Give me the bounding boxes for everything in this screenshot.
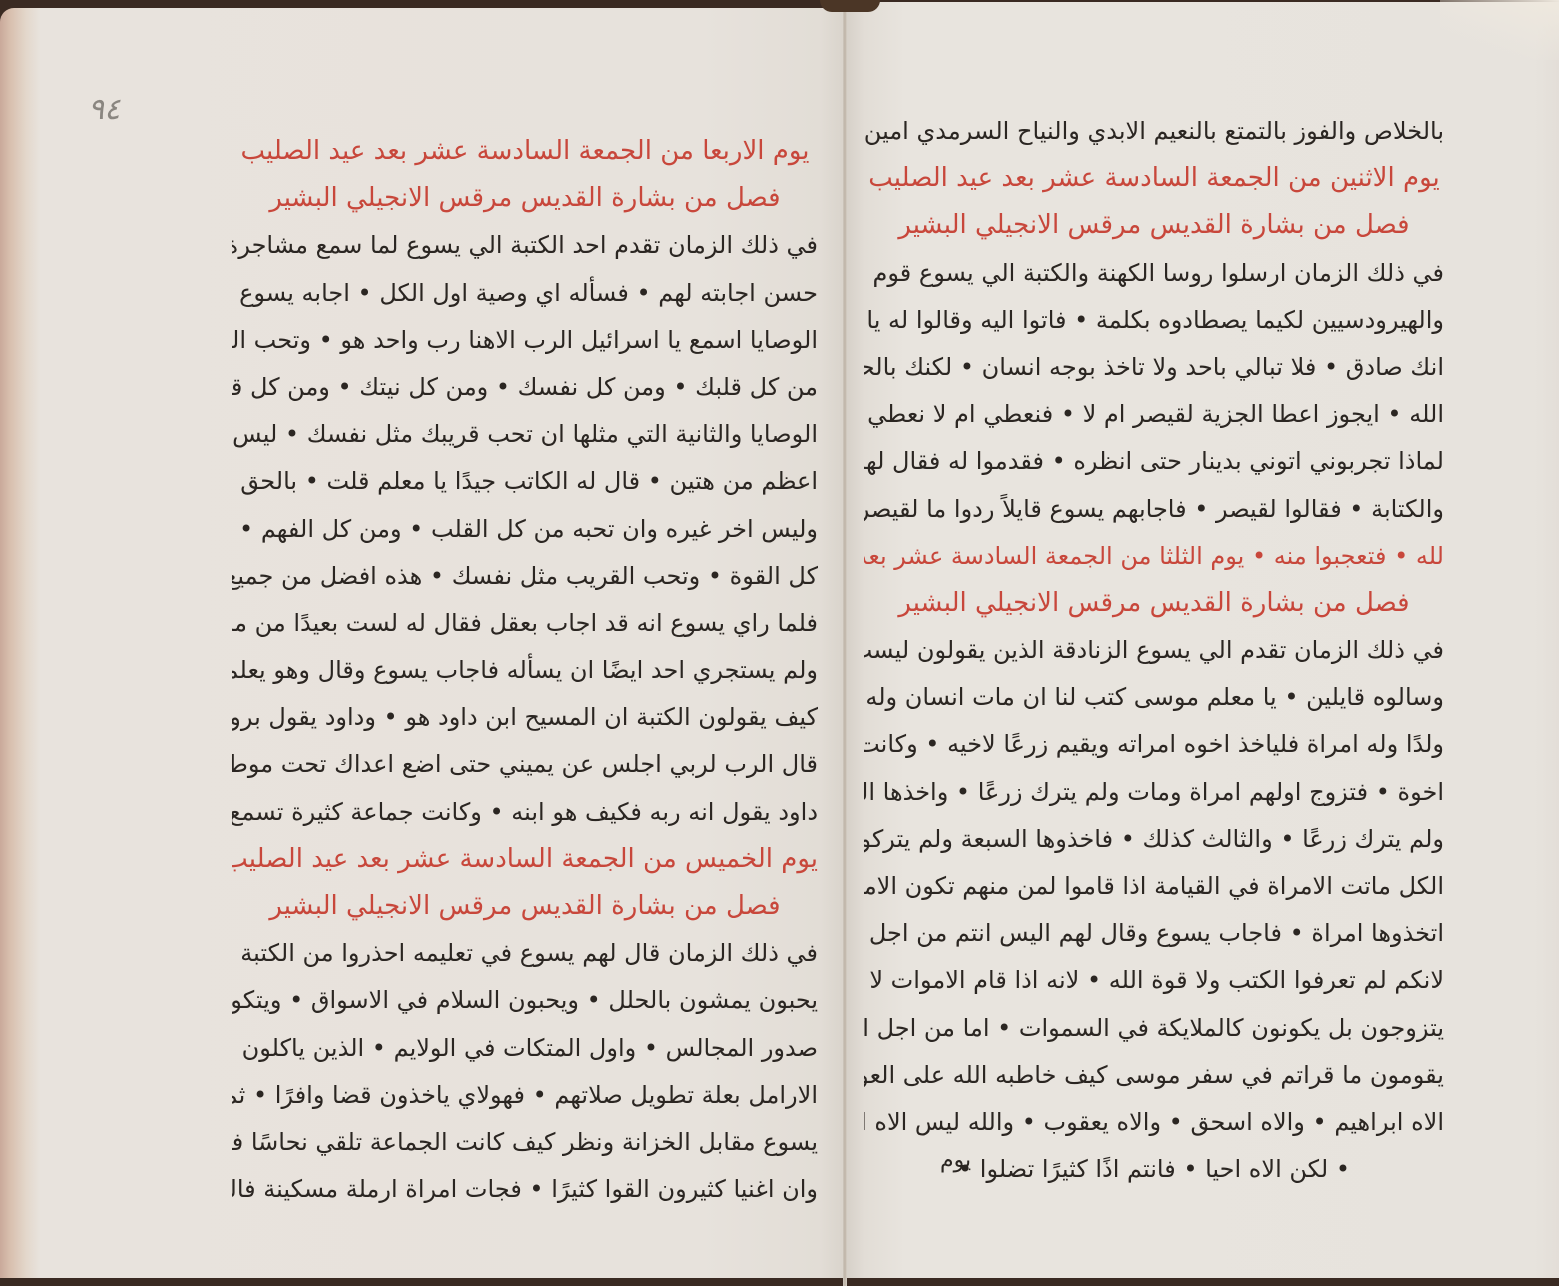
text-line: اتخذوها امراة • فاجاب يسوع وقال لهم اليس…: [864, 910, 1444, 957]
manuscript-spread: ٩٤ يوم الاربعا من الجمعة السادسة عشر بعد…: [0, 0, 1559, 1286]
text-line: في ذلك الزمان ارسلوا روسا الكهنة والكتبة…: [864, 250, 1444, 297]
rubric-heading: فصل من بشارة القديس مرقس الانجيلي البشير: [864, 202, 1444, 249]
text-line: في ذلك الزمان تقدم احد الكتبة الي يسوع ل…: [232, 222, 818, 269]
page-fold-shadow: [1440, 0, 1559, 60]
text-line: الاه ابراهيم • والاه اسحق • والاه يعقوب …: [864, 1099, 1444, 1146]
text-line: قال الرب لربي اجلس عن يميني حتى اضع اعدا…: [232, 741, 818, 788]
gutter: [843, 0, 847, 1286]
text-line: لماذا تجربوني اتوني بدينار حتى انظره • ف…: [864, 438, 1444, 485]
text-line: اخوة • فتزوج اولهم امراة ومات ولم يترك ز…: [864, 769, 1444, 816]
text-line: فلما راي يسوع انه قد اجاب بعقل فقال له ل…: [232, 600, 818, 647]
text-line: حسن اجابته لهم • فسأله اي وصية اول الكل …: [232, 270, 818, 317]
text-line: في ذلك الزمان قال لهم يسوع في تعليمه احذ…: [232, 930, 818, 977]
text-line: ولدًا وله امراة فلياخذ اخوه امراته ويقيم…: [864, 721, 1444, 768]
text-line: وليس اخر غيره وان تحبه من كل القلب • ومن…: [232, 506, 818, 553]
text-line: يتزوجون بل يكونون كالملايكة في السموات •…: [864, 1005, 1444, 1052]
text-line: كل القوة • وتحب القريب مثل نفسك • هذه اف…: [232, 553, 818, 600]
text-line: والهيرودسيين لكيما يصطادوه بكلمة • فاتوا…: [864, 297, 1444, 344]
catchword: يوم: [940, 1148, 971, 1173]
rubric-heading: يوم الاربعا من الجمعة السادسة عشر بعد عي…: [232, 128, 818, 175]
spine: [820, 0, 880, 12]
text-line: الله • ايجوز اعطا الجزية لقيصر ام لا • ف…: [864, 391, 1444, 438]
text-line: الارامل بعلة تطويل صلاتهم • فهولاي ياخذو…: [232, 1072, 818, 1119]
text-line: الوصايا والثانية التي مثلها ان تحب قريبك…: [232, 411, 818, 458]
text-line: في ذلك الزمان تقدم الي يسوع الزنادقة الذ…: [864, 627, 1444, 674]
text-line: بالخلاص والفوز بالتمتع بالنعيم الابدي وا…: [864, 108, 1444, 155]
text-line: داود يقول انه ربه فكيف هو ابنه • وكانت ج…: [232, 789, 818, 836]
text-line: انك صادق • فلا تبالي باحد ولا تاخذ بوجه …: [864, 344, 1444, 391]
rubric-heading: يوم الاثنين من الجمعة السادسة عشر بعد عي…: [864, 155, 1444, 202]
text-line: والكتابة • فقالوا لقيصر • فاجابهم يسوع ق…: [864, 486, 1444, 533]
text-line: ولم يترك زرعًا • والثالث كذلك • فاخذوها …: [864, 816, 1444, 863]
text-line: يقومون ما قراتم في سفر موسى كيف خاطبه ال…: [864, 1052, 1444, 1099]
text-line: من كل قلبك • ومن كل نفسك • ومن كل نيتك •…: [232, 364, 818, 411]
text-line: يسوع مقابل الخزانة ونظر كيف كانت الجماعة…: [232, 1119, 818, 1166]
rubric-heading: فصل من بشارة القديس مرقس الانجيلي البشير: [232, 883, 818, 930]
mixed-line: لله • فتعجبوا منه • يوم الثلثا من الجمعة…: [864, 533, 1444, 580]
rubric-heading: فصل من بشارة القديس مرقس الانجيلي البشير: [232, 175, 818, 222]
folio-number: ٩٤: [88, 92, 120, 127]
rubric-heading: يوم الخميس من الجمعة السادسة عشر بعد عيد…: [232, 836, 818, 883]
text-line: اعظم من هتين • قال له الكاتب جيدًا يا مع…: [232, 458, 818, 505]
text-line: الكل ماتت الامراة في القيامة اذا قاموا ل…: [864, 863, 1444, 910]
rubric-heading: فصل من بشارة القديس مرقس الانجيلي البشير: [864, 580, 1444, 627]
text-line: كيف يقولون الكتبة ان المسيح ابن داود هو …: [232, 694, 818, 741]
text-line: وان اغنيا كثيرون القوا كثيرًا • فجات امر…: [232, 1166, 818, 1213]
text-line: الوصايا اسمع يا اسرائيل الرب الاهنا رب و…: [232, 317, 818, 364]
left-text-block: يوم الاربعا من الجمعة السادسة عشر بعد عي…: [232, 128, 818, 1213]
text-line: صدور المجالس • واول المتكات في الولايم •…: [232, 1025, 818, 1072]
text-line: يحبون يمشون بالحلل • ويحبون السلام في ال…: [232, 977, 818, 1024]
text-line: وسالوه قايلين • يا معلم موسى كتب لنا ان …: [864, 674, 1444, 721]
text-line: ولم يستجري احد ايضًا ان يسأله فاجاب يسوع…: [232, 647, 818, 694]
right-text-block: بالخلاص والفوز بالتمتع بالنعيم الابدي وا…: [864, 108, 1444, 1193]
text-line: لانكم لم تعرفوا الكتب ولا قوة الله • لان…: [864, 957, 1444, 1004]
